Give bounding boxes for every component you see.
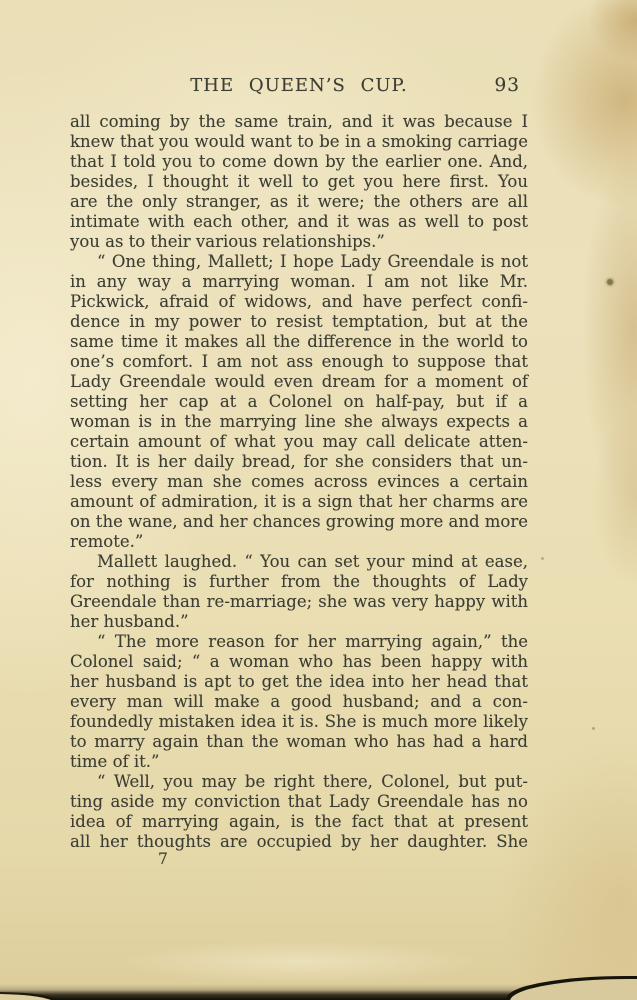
text-line: Greendale than re-marriage; she was very… — [70, 592, 528, 612]
paragraph: all coming by the same train, and it was… — [70, 112, 528, 252]
text-line: on the wane, and her chances growing mor… — [70, 512, 528, 532]
text-line: remote.” — [70, 532, 528, 552]
text-line: time of it.” — [70, 752, 528, 772]
text-line: knew that you would want to be in a smok… — [70, 132, 528, 152]
text-line: that I told you to come down by the earl… — [70, 152, 528, 172]
page-body: all coming by the same train, and it was… — [70, 112, 528, 852]
text-line: “ The more reason for her marrying again… — [70, 632, 528, 652]
paragraph: Mallett laughed. “ You can set your mind… — [70, 552, 528, 632]
ink-speck — [607, 279, 613, 285]
text-line: setting her cap at a Colonel on half-pay… — [70, 392, 528, 412]
text-line: less every man she comes across evinces … — [70, 472, 528, 492]
book-page-scan: THE QUEEN’S CUP. 93 all coming by the sa… — [0, 0, 637, 1000]
signature-mark: 7 — [158, 849, 168, 869]
page-corner-curl — [510, 979, 637, 1000]
text-line: Pickwick, afraid of widows, and have per… — [70, 292, 528, 312]
text-line: you as to their various relationships.” — [70, 232, 528, 252]
ink-speck — [541, 557, 544, 560]
text-line: every man will make a good husband; and … — [70, 692, 528, 712]
text-line: for nothing is further from the thoughts… — [70, 572, 528, 592]
text-line: ting aside my conviction that Lady Green… — [70, 792, 528, 812]
text-line: all coming by the same train, and it was… — [70, 112, 528, 132]
paragraph: “ One thing, Mallett; I hope Lady Greend… — [70, 252, 528, 552]
text-line: idea of marrying again, is the fact that… — [70, 812, 528, 832]
text-line: in any way a marrying woman. I am not li… — [70, 272, 528, 292]
text-line: certain amount of what you may call deli… — [70, 432, 528, 452]
running-header: THE QUEEN’S CUP. 93 — [70, 74, 528, 98]
page-number: 93 — [494, 74, 520, 98]
text-line: Lady Greendale would even dream for a mo… — [70, 372, 528, 392]
text-line: foundedly mistaken idea it is. She is mu… — [70, 712, 528, 732]
text-line: one’s comfort. I am not ass enough to su… — [70, 352, 528, 372]
text-line: Colonel said; “ a woman who has been hap… — [70, 652, 528, 672]
text-line: tion. It is her daily bread, for she con… — [70, 452, 528, 472]
text-line: intimate with each other, and it was as … — [70, 212, 528, 232]
text-line: to marry again than the woman who has ha… — [70, 732, 528, 752]
ink-speck — [592, 727, 595, 730]
paragraph: “ The more reason for her marrying again… — [70, 632, 528, 772]
text-line: are the only stranger, as it were; the o… — [70, 192, 528, 212]
text-line: besides, I thought it well to get you he… — [70, 172, 528, 192]
text-line: same time it makes all the difference in… — [70, 332, 528, 352]
text-line: woman is in the marrying line she always… — [70, 412, 528, 432]
text-line: “ Well, you may be right there, Colonel,… — [70, 772, 528, 792]
text-line: all her thoughts are occupied by her dau… — [70, 832, 528, 852]
text-line: amount of admiration, it is a sign that … — [70, 492, 528, 512]
text-line: her husband.” — [70, 612, 528, 632]
text-line: “ One thing, Mallett; I hope Lady Greend… — [70, 252, 528, 272]
running-title: THE QUEEN’S CUP. — [70, 74, 528, 98]
text-line: dence in my power to resist temptation, … — [70, 312, 528, 332]
text-line: her husband is apt to get the idea into … — [70, 672, 528, 692]
paragraph: “ Well, you may be right there, Colonel,… — [70, 772, 528, 852]
text-line: Mallett laughed. “ You can set your mind… — [70, 552, 528, 572]
